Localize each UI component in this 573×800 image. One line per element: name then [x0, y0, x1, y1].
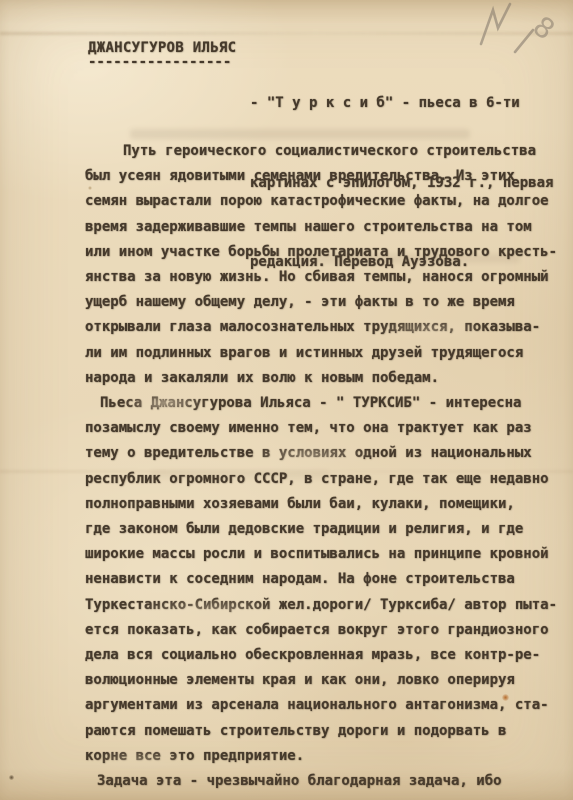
body-line: широкие массы росли и воспитывались на п…: [85, 542, 567, 567]
body-line: ненависти к соседним народам. На фоне ст…: [85, 567, 567, 592]
body-line: янства за новую жизнь. Но сбивая темпы, …: [85, 265, 567, 290]
body-line: ущерб нашему общему делу, - эти факты в …: [85, 290, 567, 315]
body-line: народа и закаляли их волю к новым победа…: [85, 366, 567, 391]
body-line: полноправными хозяевами были баи, кулаки…: [85, 492, 567, 517]
paper-stain: [9, 775, 14, 780]
body-line: семян вырастали порою катастрофические ф…: [85, 189, 567, 214]
author-heading: ДЖАНСУГУРОВ ИЛЬЯС -----------------: [88, 37, 236, 67]
body-line: волюционные элементы края и как они, лов…: [85, 668, 567, 693]
body-line: республик огромного СССР, в стране, где …: [85, 467, 567, 492]
document-body: Путь героического социалистического стро…: [85, 139, 567, 794]
body-line: ется показать, как собирается вокруг это…: [85, 618, 567, 643]
body-line: где законом были дедовские традиции и ре…: [85, 517, 567, 542]
body-line: Задача эта - чрезвычайно благодарная зад…: [85, 769, 567, 794]
body-line: позамыслу своему именно тем, что она тра…: [85, 416, 567, 441]
body-line: или ином участке борьбы пролетариата и т…: [85, 240, 567, 265]
scanned-typescript-page: 8 ДЖАНСУГУРОВ ИЛЬЯС ----------------- - …: [0, 0, 573, 800]
title-line: - "Т у р к с и б" - пьеса в 6-ти: [250, 90, 553, 117]
body-line: корне все это предприятие.: [85, 744, 567, 769]
body-line: Путь героического социалистического стро…: [85, 139, 567, 164]
body-line: время задерживавшие темпы нашего строите…: [85, 215, 567, 240]
body-line: был усеян ядовитыми семенами вредительст…: [85, 164, 567, 189]
author-underline: -----------------: [88, 57, 236, 67]
body-line: тему о вредительстве в условиях одной из…: [85, 441, 567, 466]
body-line: Туркестанско-Сибирской жел.дороги/ Туркс…: [85, 593, 567, 618]
body-line: дела вся социально обескровленная мразь,…: [85, 643, 567, 668]
body-line: открывали глаза малосознательных трудящи…: [85, 315, 567, 340]
body-line: аргументами из арсенала национального ан…: [85, 693, 567, 718]
body-line: раются помешать строительству дороги и п…: [85, 719, 567, 744]
paper-crease: [0, 32, 573, 35]
body-line: ли им подлинных врагов и истинных друзей…: [85, 341, 567, 366]
body-line: Пьеса Джансугурова Ильяса - " ТУРКСИБ" -…: [85, 391, 567, 416]
